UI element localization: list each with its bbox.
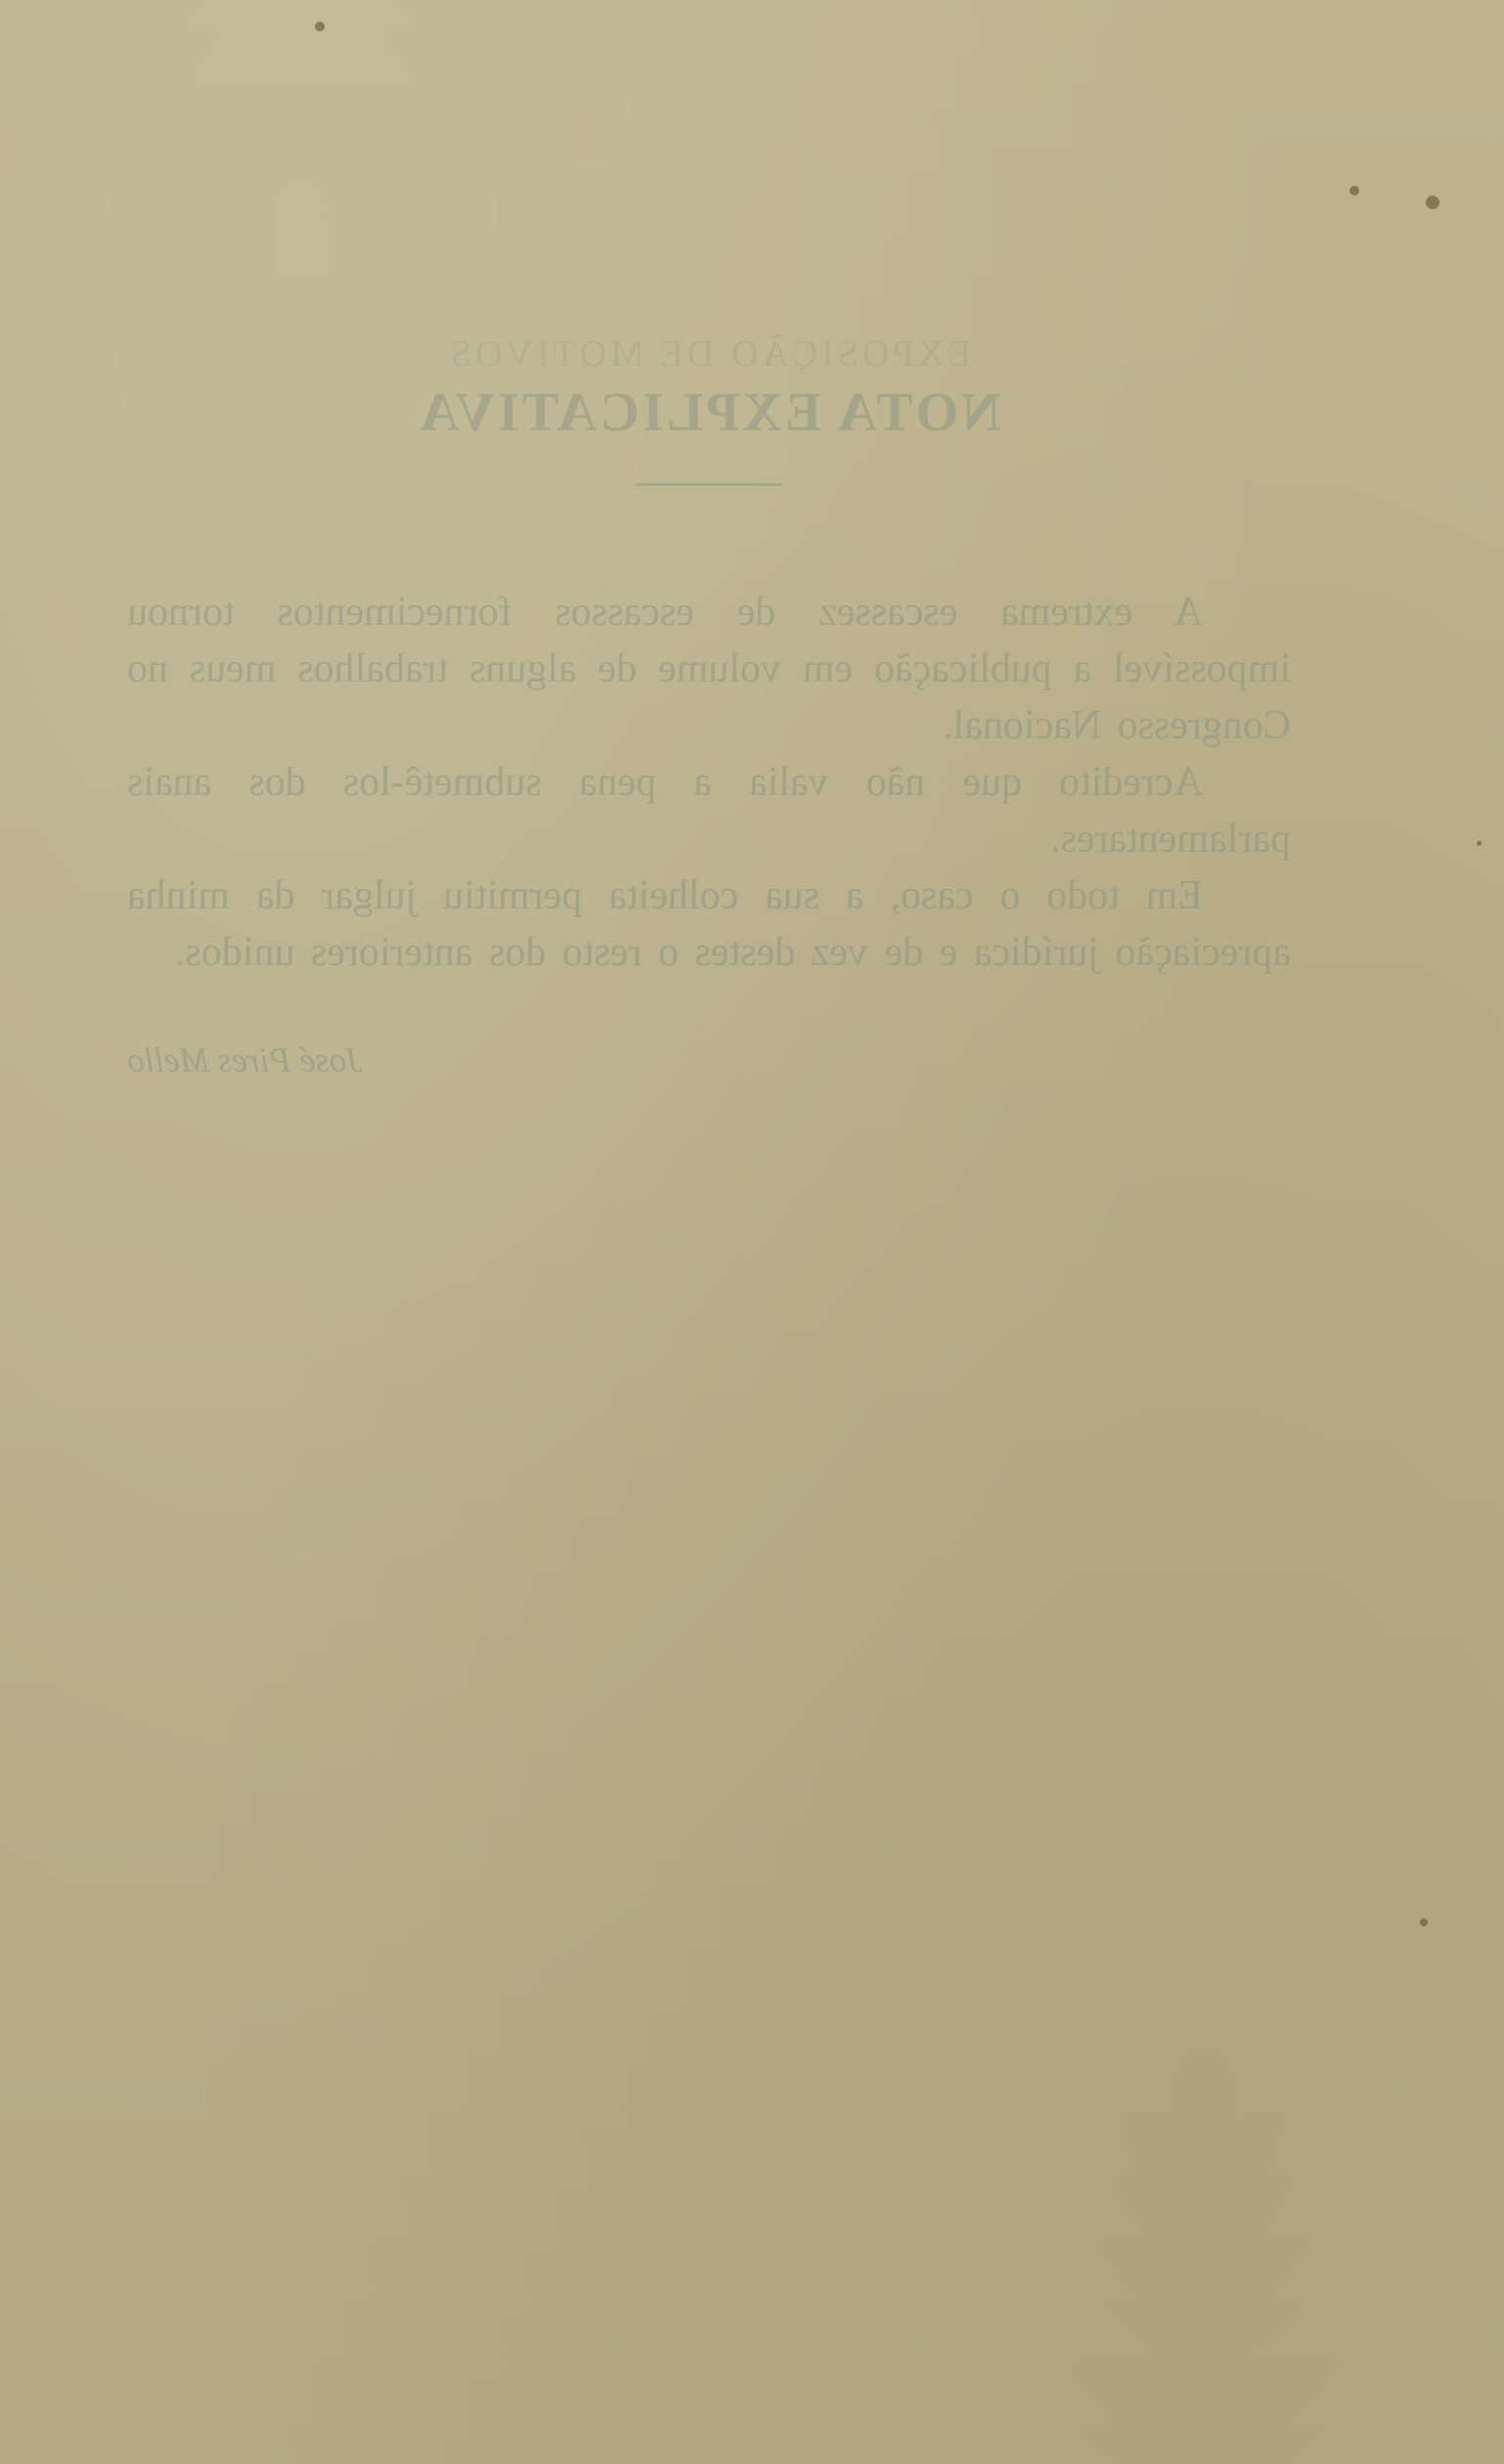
title-divider <box>636 483 782 486</box>
signature: José Pires Mello <box>127 1039 1291 1080</box>
paper-speck <box>315 22 325 31</box>
paragraph-2: Acredito que não valia a pena submetê-lo… <box>127 754 1291 867</box>
paragraph-3: Em todo o caso, a sua colheita permitiu … <box>127 867 1291 981</box>
paragraph-1: A extrema escassez de escassos fornecime… <box>127 584 1291 754</box>
page-title: NOTA EXPLICATIVA <box>127 381 1291 444</box>
paper-speck <box>1349 186 1359 196</box>
paper-speck <box>1420 1918 1428 1926</box>
bleed-through-text-block: EXPOSIÇÃO DE MOTIVOS NOTA EXPLICATIVA A … <box>127 332 1291 1080</box>
faint-header: EXPOSIÇÃO DE MOTIVOS <box>127 332 1291 375</box>
scanned-page: EXPOSIÇÃO DE MOTIVOS NOTA EXPLICATIVA A … <box>0 0 1504 2464</box>
paper-speck <box>1426 196 1439 209</box>
paper-speck <box>1477 841 1482 846</box>
